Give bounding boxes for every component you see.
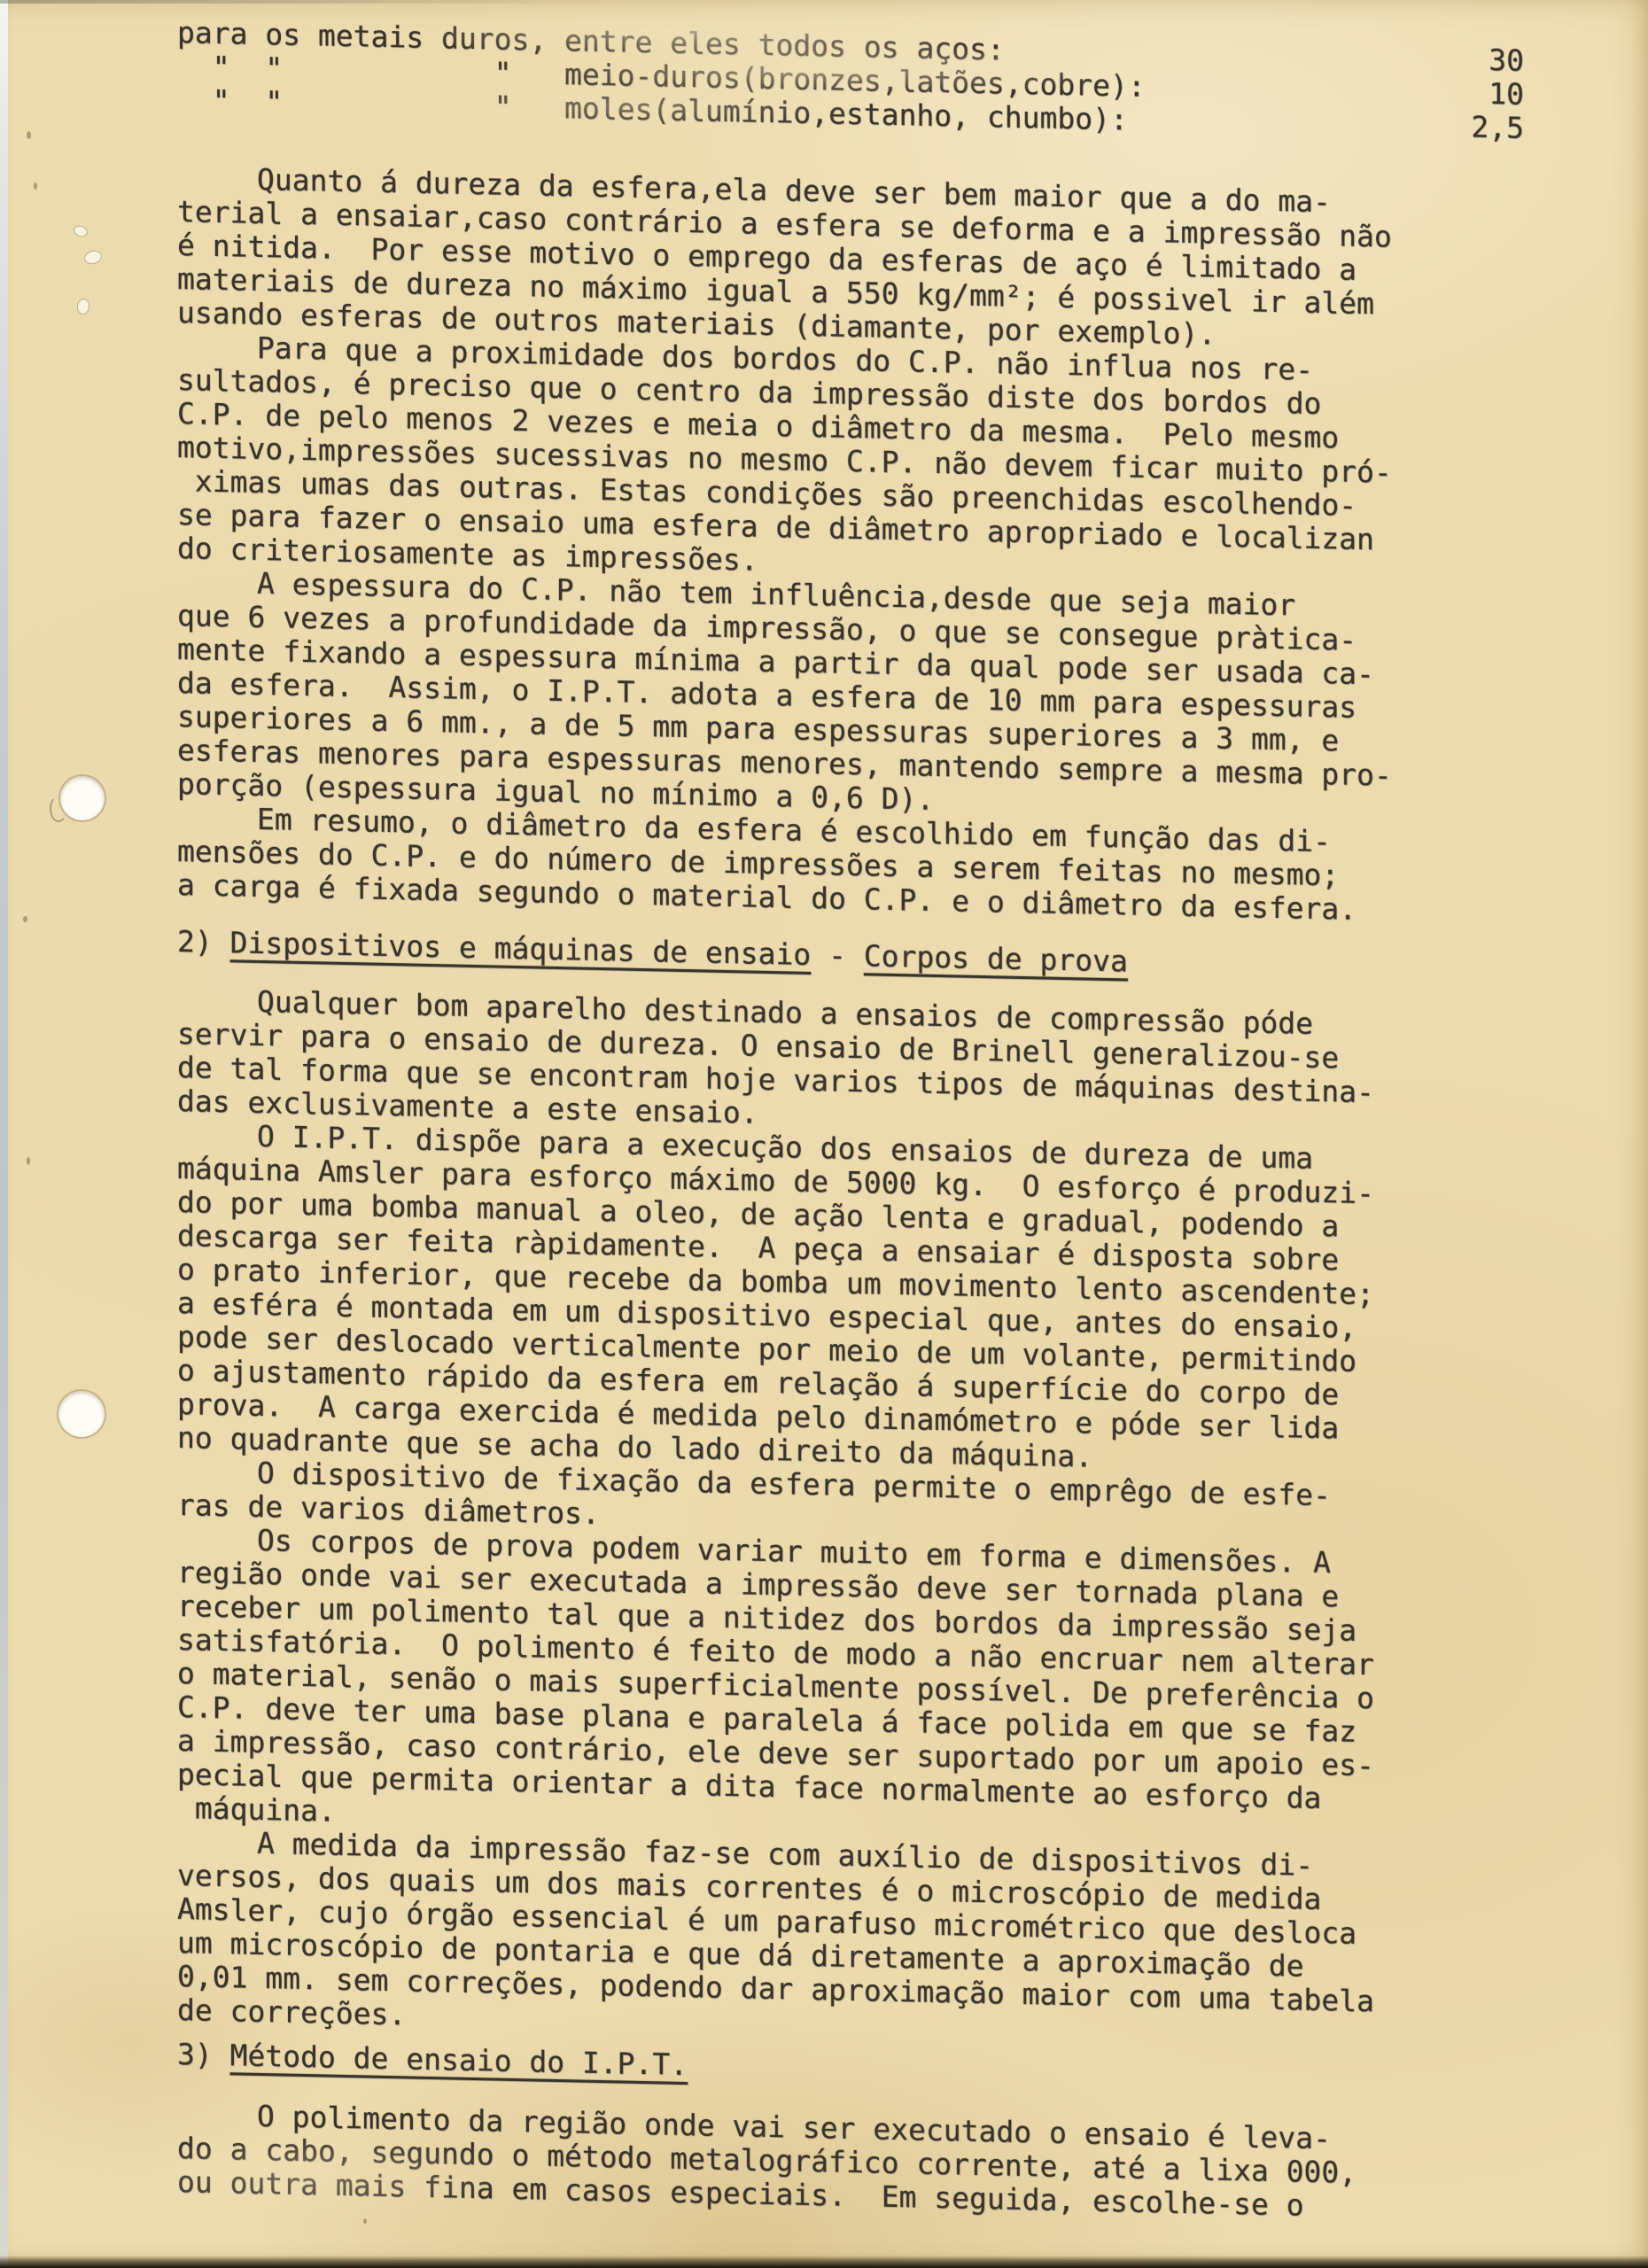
heading-2-separator: -: [811, 937, 864, 973]
paper-speck: [27, 1157, 30, 1165]
punch-hole-bottom: [58, 1391, 105, 1437]
document-page: para os metais duros, entre eles todos o…: [0, 0, 1648, 2268]
paper-chip: [84, 250, 103, 265]
heading-2-title-1: Dispositivos e máquinas de ensaio: [230, 925, 812, 972]
scan-edge-top: [0, 0, 620, 4]
punch-hole-top: [60, 776, 105, 820]
typewritten-content: para os metais duros, entre eles todos o…: [177, 16, 1524, 2227]
hardness-load-table: para os metais duros, entre eles todos o…: [177, 16, 1524, 145]
paper-speck: [34, 183, 37, 190]
scan-edge-bottom: [0, 2256, 1648, 2268]
paragraph-amsler-machine: O I.P.T. dispõe para a execução dos ensa…: [177, 1118, 1524, 1483]
punch-hole-scratch: [50, 796, 67, 822]
heading-2-title-2: Corpos de prova: [864, 938, 1128, 978]
heading-3-number: 3): [177, 2037, 230, 2072]
load-row-value: 30: [1418, 42, 1524, 78]
paper-chip: [74, 225, 89, 237]
paragraph-thickness: A espessura do C.P. não tem influência,d…: [177, 565, 1524, 829]
paragraph-polishing-method: O polimento da região onde vai ser execu…: [177, 2098, 1524, 2227]
heading-3-title: Método de ensaio do I.P.T.: [230, 2038, 688, 2082]
load-row-value: 2,5: [1418, 109, 1524, 145]
load-row-value: 10: [1418, 75, 1524, 112]
paper-chip: [77, 299, 89, 315]
scan-edge-left: [0, 0, 8, 2268]
paragraph-test-pieces: Os corpos de prova podem variar muito em…: [177, 1522, 1524, 1853]
paper-speck: [23, 916, 27, 922]
paragraph-ball-hardness: Quanto á dureza da esfera,ela deve ser b…: [177, 161, 1524, 358]
paper-speck: [363, 2218, 367, 2224]
heading-2-number: 2): [177, 924, 230, 959]
paper-speck: [27, 131, 31, 139]
paragraph-measuring-microscope: A medida da impressão faz-se com auxílio…: [177, 1825, 1524, 2055]
paragraph-edge-distance: Para que a proximidade dos bordos do C.P…: [177, 330, 1524, 594]
section-heading-2: 2) Dispositivos e máquinas de ensaio - C…: [177, 925, 1524, 987]
